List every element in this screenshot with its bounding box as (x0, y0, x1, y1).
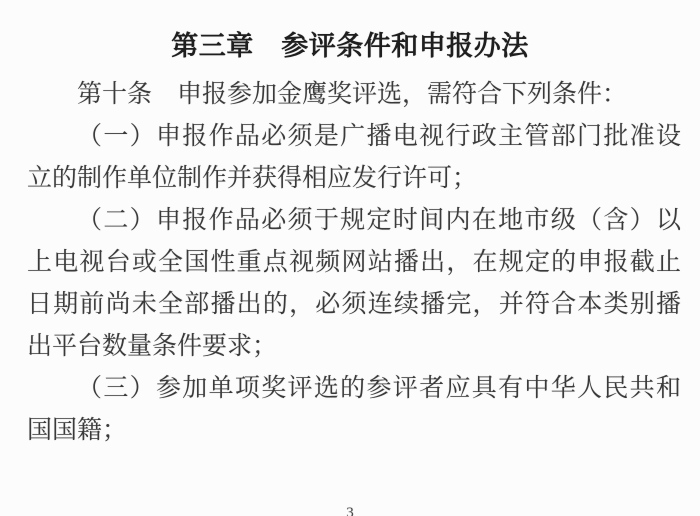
doc-line-item3-b: 国国籍； (27, 410, 681, 452)
doc-line-item2-c: 日期前尚未全部播出的，必须连续播完，并符合本类别播 (27, 284, 681, 326)
document-body: 第十条 申报参加金鹰奖评选，需符合下列条件： （一）申报作品必须是广播电视行政主… (27, 74, 681, 452)
doc-line-item2-d: 出平台数量条件要求； (27, 326, 681, 368)
doc-line-item1-b: 立的制作单位制作并获得相应发行许可； (27, 158, 681, 200)
document-page: 第三章 参评条件和申报办法 第十条 申报参加金鹰奖评选，需符合下列条件： （一）… (0, 0, 700, 516)
doc-line-item2-b: 上电视台或全国性重点视频网站播出，在规定的申报截止 (27, 242, 681, 284)
doc-line-clause-intro: 第十条 申报参加金鹰奖评选，需符合下列条件： (27, 74, 681, 116)
doc-line-item2-a: （二）申报作品必须于规定时间内在地市级（含）以 (27, 200, 681, 242)
doc-line-item3-a: （三）参加单项奖评选的参评者应具有中华人民共和 (27, 368, 681, 410)
page-number: 3 (0, 503, 700, 516)
doc-line-item1-a: （一）申报作品必须是广播电视行政主管部门批准设 (27, 116, 681, 158)
chapter-heading: 第三章 参评条件和申报办法 (0, 28, 700, 64)
